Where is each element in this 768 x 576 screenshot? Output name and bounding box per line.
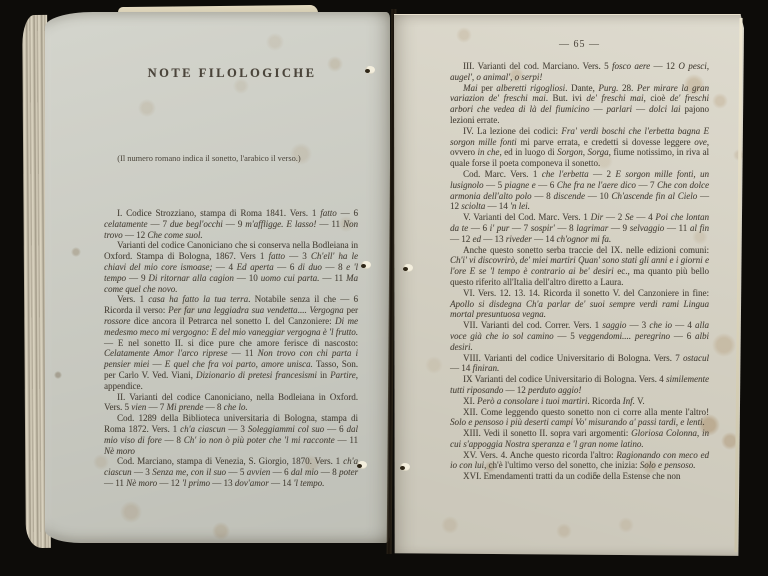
right-page: — 65 — III. Varianti del cod. Marciano. … [394, 14, 744, 557]
paragraph: V. Varianti del Cod. Marc. Vers. 1 Dir —… [450, 212, 709, 244]
paragraph: XI. Però a consolare i tuoi martiri. Ric… [450, 396, 709, 407]
paragraph: VIII. Varianti del codice Universitario … [450, 353, 709, 375]
paragraph: Cod. Marciano, stampa di Venezia, S. Gio… [104, 456, 358, 488]
paragraph: Varianti del codice Canoniciano che si c… [104, 240, 358, 294]
paragraph: II. Varianti del codice Canoniciano, nel… [104, 392, 358, 414]
binding-hole [403, 264, 413, 272]
paragraph: Anche questo sonetto serba traccie del I… [450, 245, 709, 288]
paragraph: Mai per alberetti rigogliosi. Dante, Pur… [450, 83, 709, 126]
signature-mark: 5 [450, 471, 740, 481]
right-page-text: III. Varianti del cod. Marciano. Vers. 5… [450, 61, 709, 482]
paragraph: I. Codice Strozziano, stampa di Roma 184… [104, 208, 358, 240]
binding-hole [361, 261, 371, 269]
paragraph: VI. Vers. 12. 13. 14. Ricorda il sonetto… [450, 288, 709, 320]
section-title: NOTE FILOLOGICHE [104, 66, 360, 81]
left-page: NOTE FILOLOGICHE (Il numero romano indic… [45, 12, 390, 543]
paragraph: Cod. Marc. Vers. 1 che l'erbetta — 2 E s… [450, 169, 709, 212]
paragraph: Vers. 1 casa ha fatto la tua terra. Nota… [104, 294, 358, 391]
paragraph: IV. La lezione dei codici: Fra' verdi bo… [450, 126, 709, 169]
paragraph: III. Varianti del cod. Marciano. Vers. 5… [450, 61, 709, 83]
paragraph: Cod. 1289 della Biblioteca universitaria… [104, 413, 358, 456]
left-page-text: I. Codice Strozziano, stampa di Roma 184… [104, 208, 358, 489]
book-photo-background: NOTE FILOLOGICHE (Il numero romano indic… [0, 0, 768, 576]
binding-hole [400, 463, 410, 471]
paragraph: IX Varianti del codice Universitario di … [450, 374, 709, 396]
page-number: — 65 — [450, 39, 709, 50]
binding-hole [365, 66, 375, 74]
legend-note: (Il numero romano indica il sonetto, l'a… [81, 154, 337, 163]
paragraph: XV. Vers. 4. Anche questo ricorda l'altr… [450, 450, 709, 472]
binding-hole [357, 461, 367, 469]
paragraph: VII. Varianti del cod. Correr. Vers. 1 s… [450, 320, 709, 352]
paragraph: XIII. Vedi il sonetto II. sopra vari arg… [450, 428, 709, 450]
paragraph: XII. Come leggendo questo sonetto non ci… [450, 407, 709, 429]
